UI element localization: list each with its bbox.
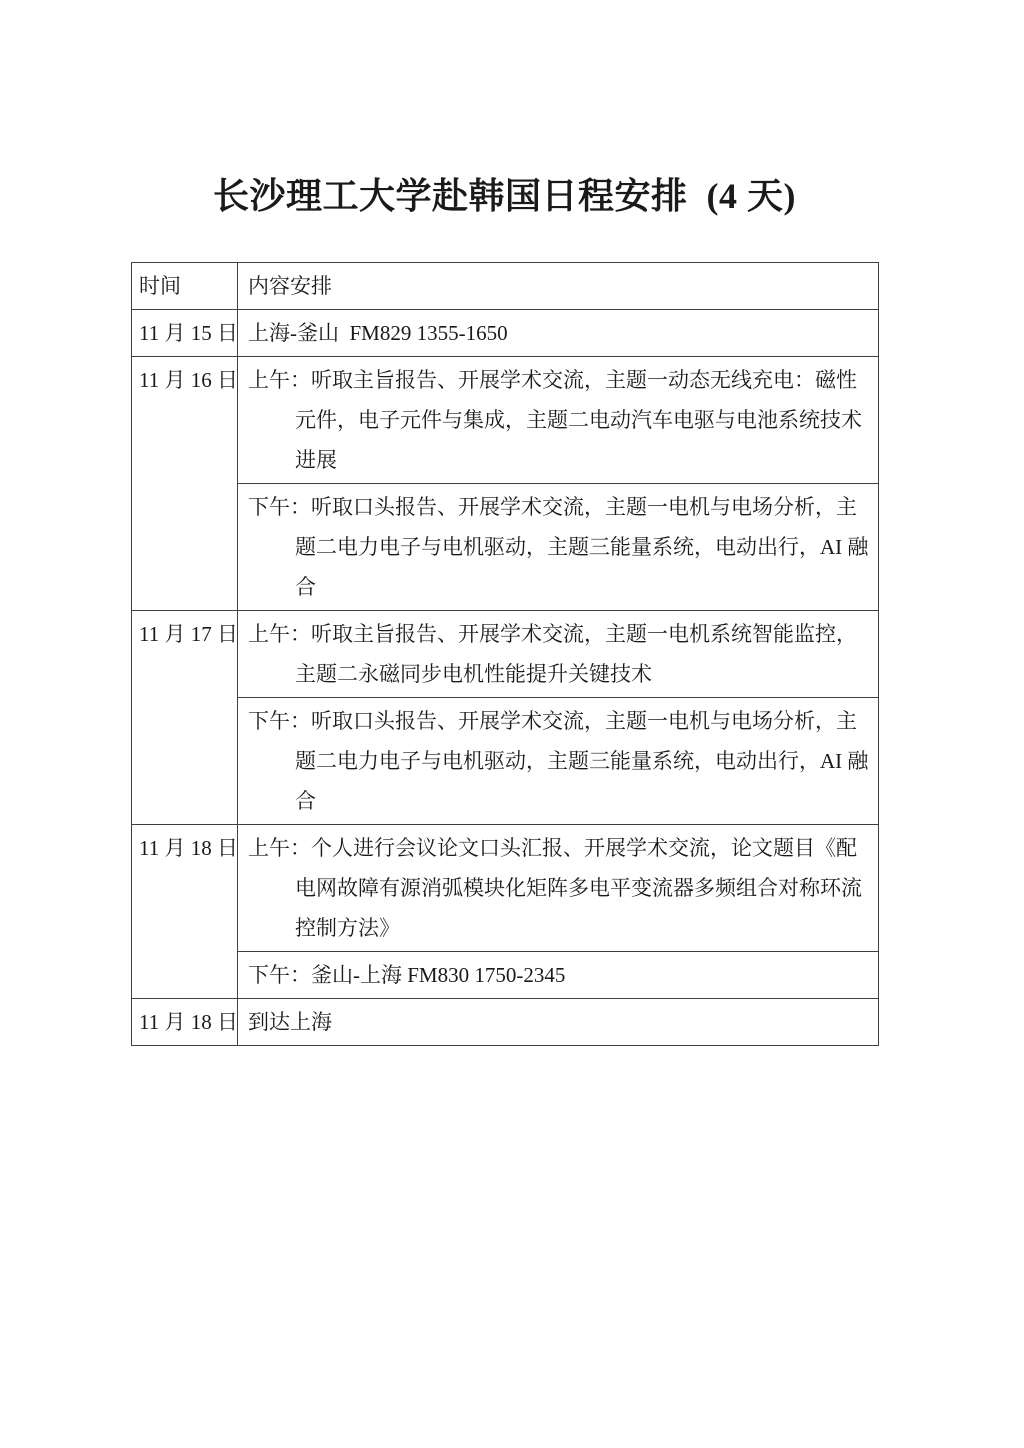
column-header-content: 内容安排: [238, 263, 879, 310]
schedule-cell-afternoon: 下午：釜山-上海 FM830 1750-2345: [238, 952, 879, 999]
table-subrow: 下午：听取口头报告、开展学术交流，主题一电机与电场分析，主题二电力电子与电机驱动…: [132, 484, 879, 611]
document-page: { "page": { "title": "长沙理工大学赴韩国日程安排 (4 天…: [0, 0, 1024, 1448]
table-row: 11 月 18 日 上午：个人进行会议论文口头汇报、开展学术交流，论文题目《配电…: [132, 825, 879, 952]
date-cell: 11 月 16 日: [132, 357, 238, 611]
table-header-row: 时间 内容安排: [132, 263, 879, 310]
schedule-cell-afternoon: 下午：听取口头报告、开展学术交流，主题一电机与电场分析，主题二电力电子与电机驱动…: [238, 698, 879, 825]
schedule-cell-morning: 上午：听取主旨报告、开展学术交流，主题一动态无线充电：磁性元件，电子元件与集成，…: [238, 357, 879, 484]
date-cell: 11 月 17 日: [132, 611, 238, 825]
table-subrow: 下午：听取口头报告、开展学术交流，主题一电机与电场分析，主题二电力电子与电机驱动…: [132, 698, 879, 825]
schedule-cell-morning: 上午：个人进行会议论文口头汇报、开展学术交流，论文题目《配电网故障有源消弧模块化…: [238, 825, 879, 952]
date-cell: 11 月 18 日: [132, 825, 238, 999]
schedule-cell: 上海-釜山 FM829 1355-1650: [238, 310, 879, 357]
table-row: 11 月 15 日 上海-釜山 FM829 1355-1650: [132, 310, 879, 357]
date-cell: 11 月 18 日: [132, 999, 238, 1046]
table-row: 11 月 16 日 上午：听取主旨报告、开展学术交流，主题一动态无线充电：磁性元…: [132, 357, 879, 484]
page-title: 长沙理工大学赴韩国日程安排 (4 天): [131, 168, 878, 219]
date-cell: 11 月 15 日: [132, 310, 238, 357]
schedule-cell-afternoon: 下午：听取口头报告、开展学术交流，主题一电机与电场分析，主题二电力电子与电机驱动…: [238, 484, 879, 611]
column-header-time: 时间: [132, 263, 238, 310]
schedule-cell-morning: 上午：听取主旨报告、开展学术交流，主题一电机系统智能监控，主题二永磁同步电机性能…: [238, 611, 879, 698]
schedule-cell: 到达上海: [238, 999, 879, 1046]
table-subrow: 下午：釜山-上海 FM830 1750-2345: [132, 952, 879, 999]
table-row: 11 月 18 日 到达上海: [132, 999, 879, 1046]
schedule-table: 时间 内容安排 11 月 15 日 上海-釜山 FM829 1355-1650 …: [131, 262, 879, 1046]
table-row: 11 月 17 日 上午：听取主旨报告、开展学术交流，主题一电机系统智能监控，主…: [132, 611, 879, 698]
